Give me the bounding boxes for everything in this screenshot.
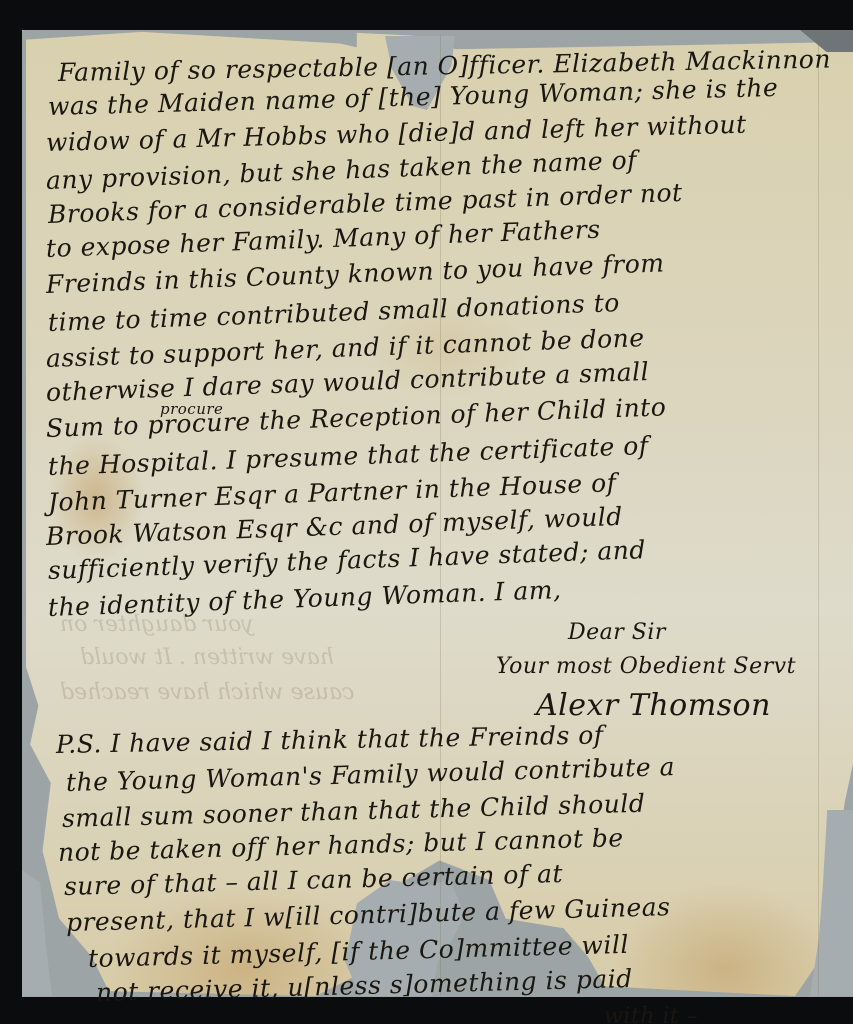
salutation: Dear Sir xyxy=(568,620,666,645)
postscript-line: with it – xyxy=(604,1004,698,1024)
fold-line-right xyxy=(818,35,819,995)
bleed-through-text: have written . It would xyxy=(80,645,334,670)
complimentary-close: Your most Obedient Servt xyxy=(496,654,796,679)
signature: Alexr Thomson xyxy=(536,688,771,723)
bleed-through-text: cause which have reached xyxy=(60,680,354,705)
